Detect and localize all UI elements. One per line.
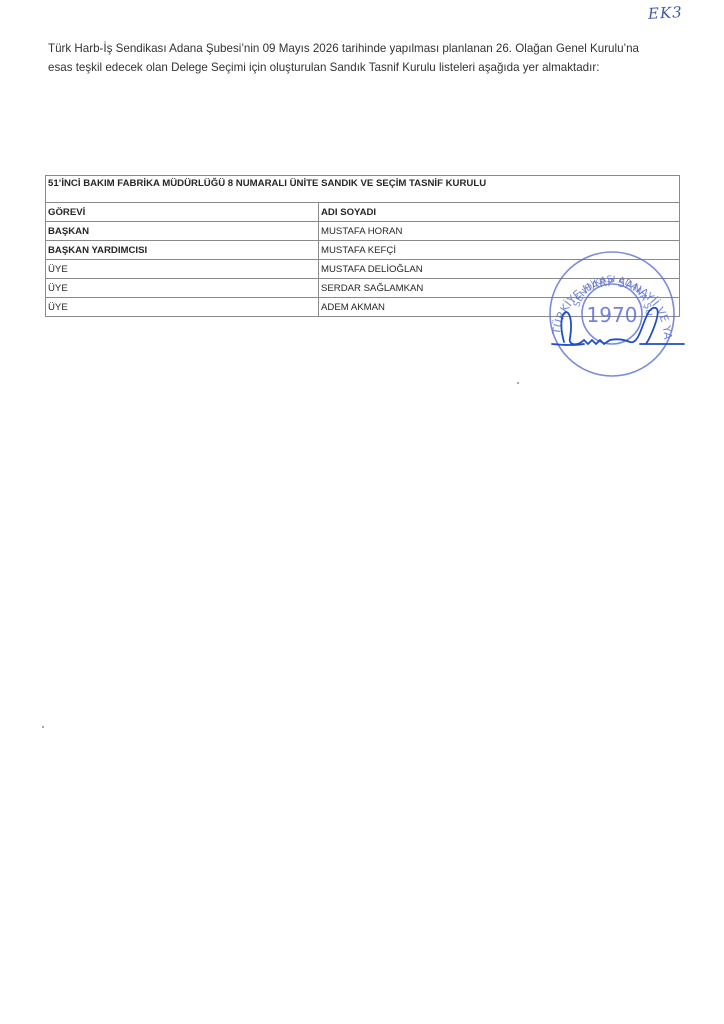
table-title-row: 51’İNCİ BAKIM FABRİKA MÜDÜRLÜĞÜ 8 NUMARA… <box>46 176 680 203</box>
page-annotation-ek3: EK3 <box>648 3 684 23</box>
row-name: MUSTAFA DELİOĞLAN <box>319 260 680 279</box>
row-name: ADEM AKMAN <box>319 298 680 317</box>
intro-line-2: esas teşkil edecek olan Delege Seçimi iç… <box>48 58 688 77</box>
table-row: ÜYE ADEM AKMAN <box>46 298 680 317</box>
table-row: BAŞKAN MUSTAFA HORAN <box>46 222 680 241</box>
table-row: ÜYE SERDAR SAĞLAMKAN <box>46 279 680 298</box>
scan-speck <box>42 726 44 728</box>
header-name: ADI SOYADI <box>319 203 680 222</box>
row-role: BAŞKAN <box>46 222 319 241</box>
row-name: MUSTAFA HORAN <box>319 222 680 241</box>
row-role: ÜYE <box>46 298 319 317</box>
row-role: BAŞKAN YARDIMCISI <box>46 241 319 260</box>
row-name: MUSTAFA KEFÇİ <box>319 241 680 260</box>
row-role: ÜYE <box>46 279 319 298</box>
committee-table: 51’İNCİ BAKIM FABRİKA MÜDÜRLÜĞÜ 8 NUMARA… <box>45 175 680 317</box>
row-name: SERDAR SAĞLAMKAN <box>319 279 680 298</box>
intro-line-1: Türk Harb-İş Sendikası Adana Şubesi’nin … <box>48 39 688 58</box>
table-row: ÜYE MUSTAFA DELİOĞLAN <box>46 260 680 279</box>
header-role: GÖREVİ <box>46 203 319 222</box>
intro-paragraph: Türk Harb-İş Sendikası Adana Şubesi’nin … <box>48 39 688 77</box>
table-title: 51’İNCİ BAKIM FABRİKA MÜDÜRLÜĞÜ 8 NUMARA… <box>46 176 680 203</box>
table-row: BAŞKAN YARDIMCISI MUSTAFA KEFÇİ <box>46 241 680 260</box>
row-role: ÜYE <box>46 260 319 279</box>
table-header-row: GÖREVİ ADI SOYADI <box>46 203 680 222</box>
scan-speck <box>517 382 519 384</box>
